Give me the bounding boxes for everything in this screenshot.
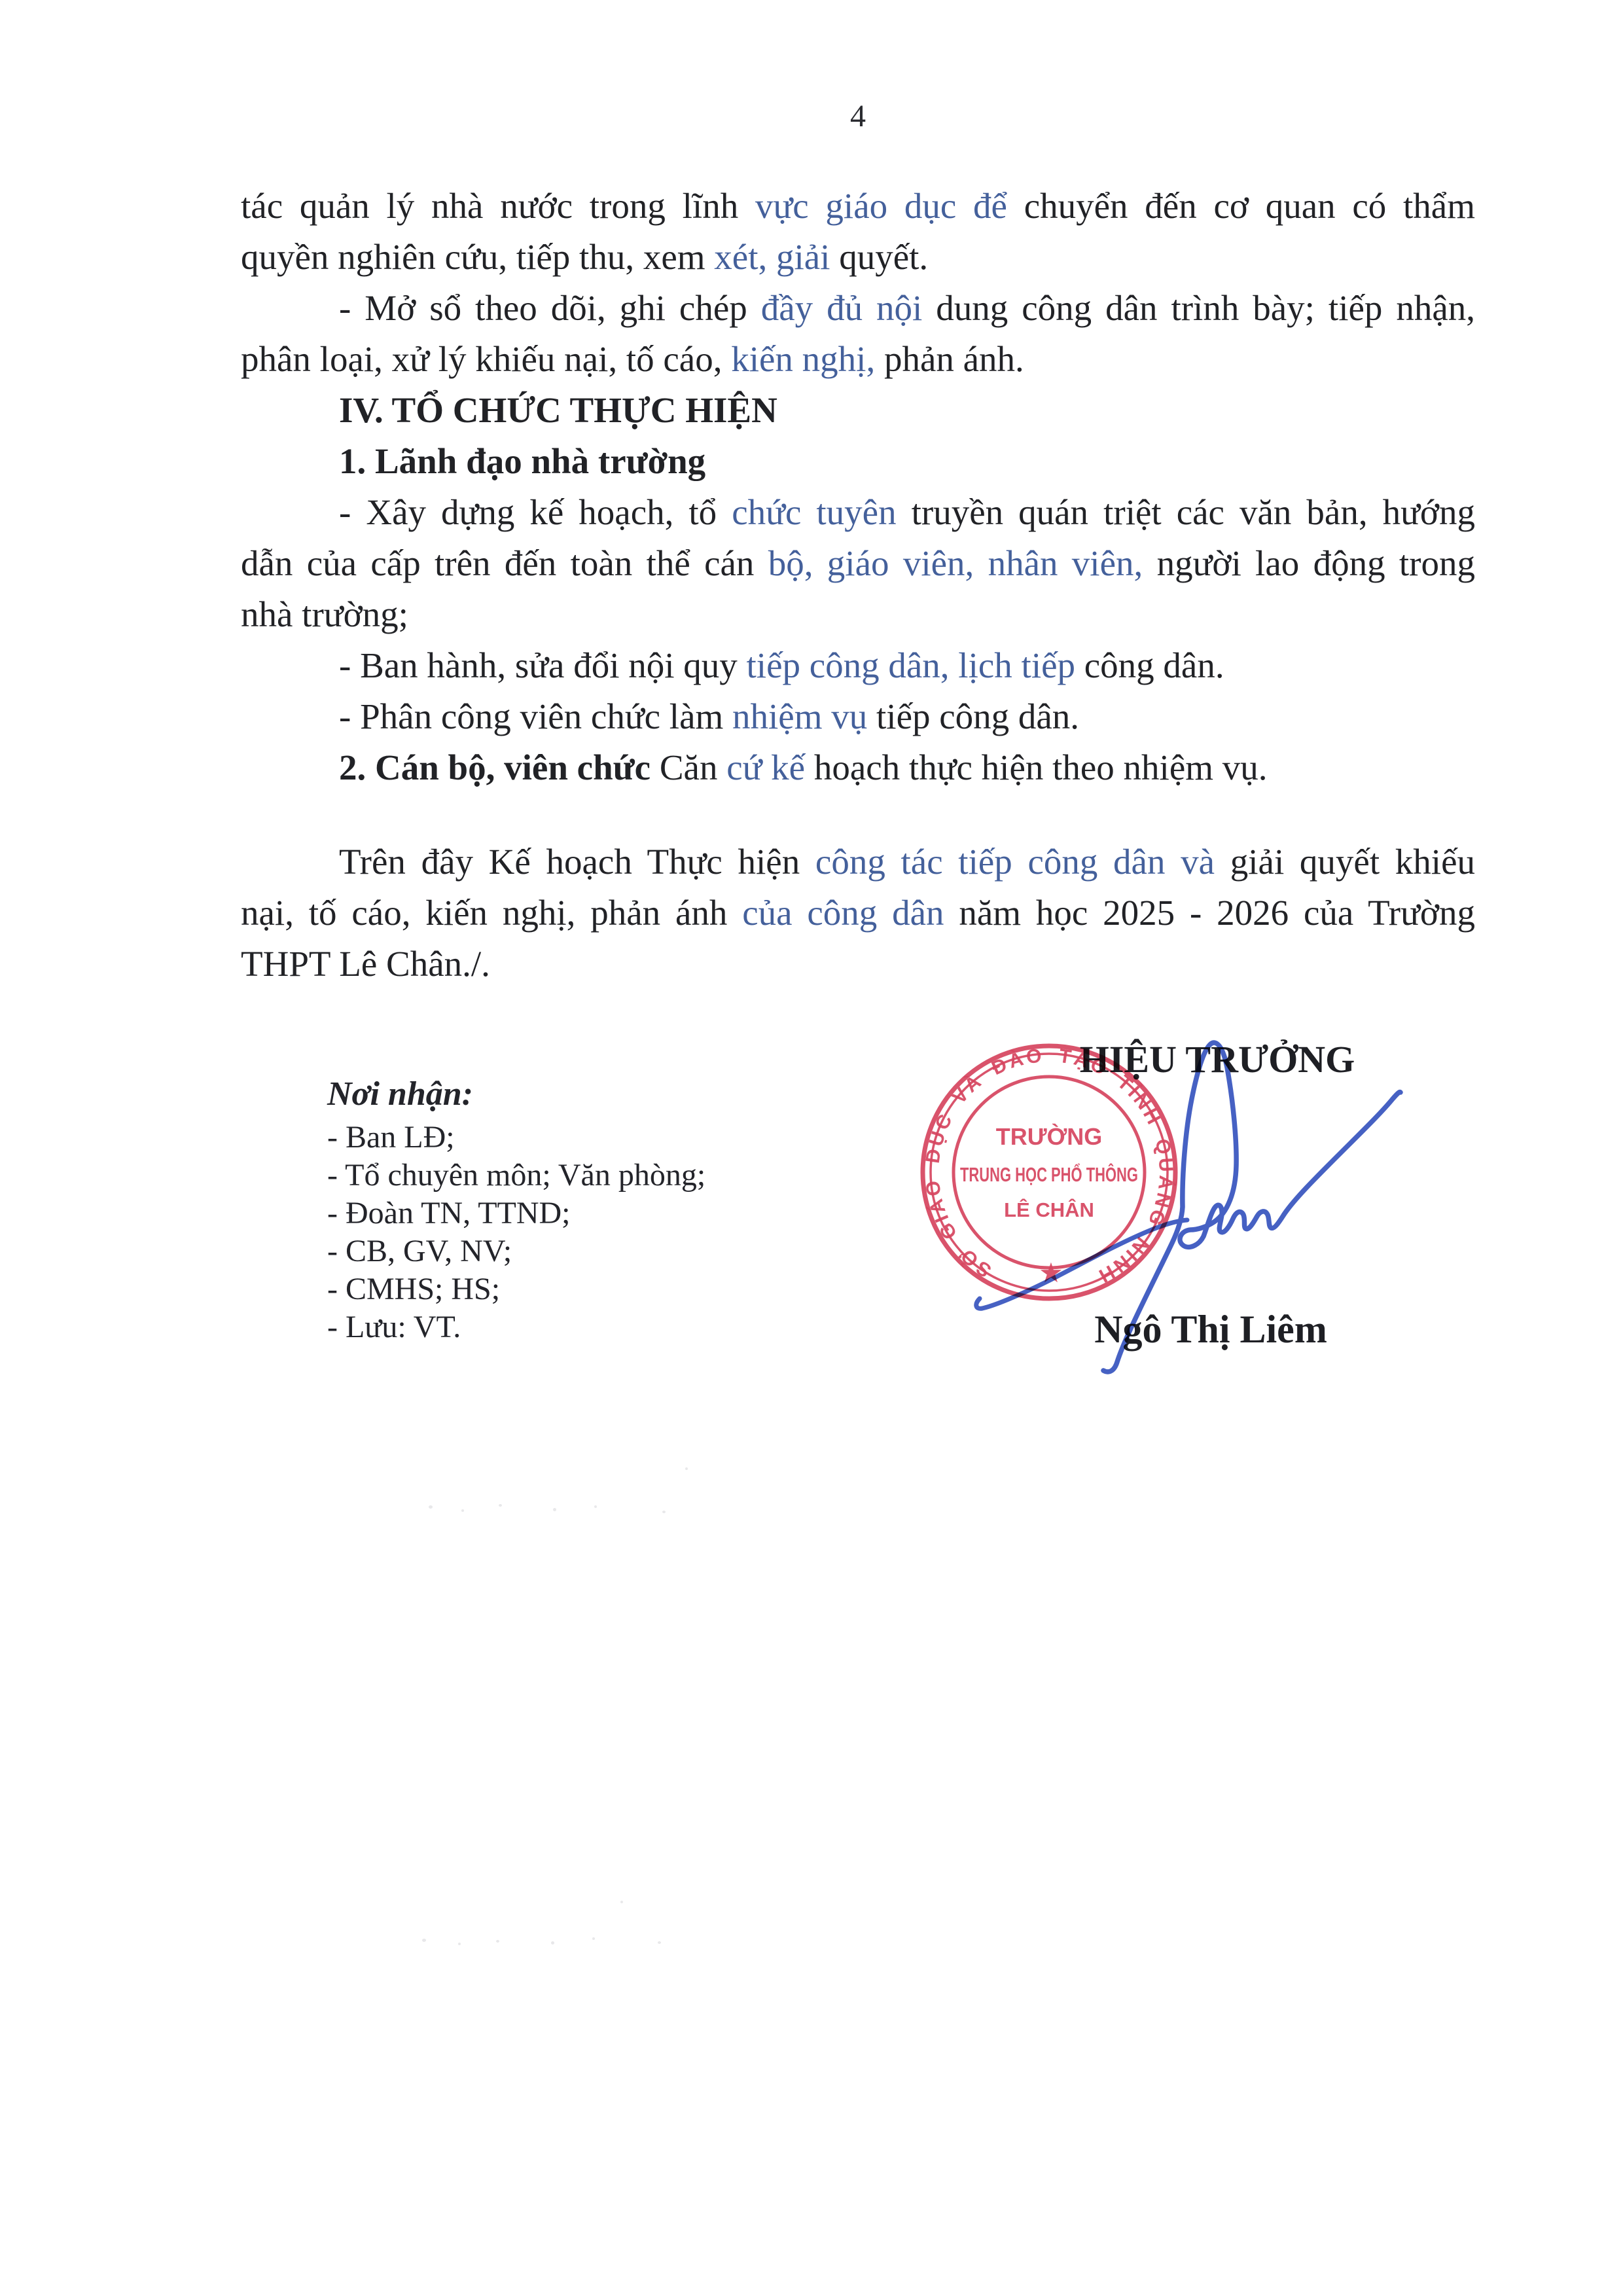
body-text: quyết. xyxy=(830,237,928,277)
body-text: chuyển đến cơ quan có thẩm xyxy=(1007,186,1475,226)
recipient-item: - CMHS; HS; xyxy=(327,1270,825,1308)
recipient-item: - Tổ chuyên môn; Văn phòng; xyxy=(327,1157,825,1194)
recipients-list: - Ban LĐ;- Tổ chuyên môn; Văn phòng;- Đo… xyxy=(327,1119,825,1346)
body-line: Trên đây Kế hoạch Thực hiện công tác tiế… xyxy=(241,836,1475,888)
signature-stroke-main xyxy=(1103,1043,1400,1372)
body-text: giải quyết khiếu xyxy=(1215,842,1475,882)
body-line: - Xây dựng kế hoạch, tổ chức tuyên truyề… xyxy=(241,487,1475,538)
body-text: xét, giải xyxy=(714,237,830,277)
body-text: bộ, giáo viên, nhân viên, xyxy=(768,543,1143,583)
body-text: THPT Lê Chân./. xyxy=(241,944,490,984)
body-line: IV. TỔ CHỨC THỰC HIỆN xyxy=(241,385,1475,436)
scan-artifact xyxy=(429,1505,433,1509)
scan-artifact xyxy=(592,1937,595,1940)
body-text-bold: 2. Cán bộ, viên chức xyxy=(339,747,651,787)
body-text: nại, tố cáo, kiến nghị, phản ánh xyxy=(241,893,742,933)
body-line: tác quản lý nhà nước trong lĩnh vực giáo… xyxy=(241,181,1475,232)
body-text: cứ kế xyxy=(726,747,805,787)
body-line: 1. Lãnh đạo nhà trường xyxy=(241,436,1475,487)
scan-artifact xyxy=(461,1509,464,1512)
body-line: 2. Cán bộ, viên chức Căn cứ kế hoạch thự… xyxy=(241,742,1475,793)
body-text: tác quản lý nhà nước trong lĩnh xyxy=(241,186,755,226)
document-body: tác quản lý nhà nước trong lĩnh vực giáo… xyxy=(241,181,1475,990)
scan-artifact xyxy=(685,1467,688,1470)
body-line: - Ban hành, sửa đổi nội quy tiếp công dâ… xyxy=(241,640,1475,691)
body-text: quyền nghiên cứu, tiếp thu, xem xyxy=(241,237,714,277)
body-line: quyền nghiên cứu, tiếp thu, xem xét, giả… xyxy=(241,232,1475,283)
body-text: Căn xyxy=(651,747,726,787)
scanned-document-page: 4 tác quản lý nhà nước trong lĩnh vực gi… xyxy=(0,0,1623,2296)
recipients-label: Nơi nhận: xyxy=(327,1075,825,1113)
page-number: 4 xyxy=(838,98,878,135)
body-text: chức tuyên xyxy=(732,492,896,532)
scan-artifact xyxy=(551,1941,554,1945)
recipient-item: - Ban LĐ; xyxy=(327,1119,825,1157)
body-text: đầy đủ nội xyxy=(761,288,923,328)
body-text-bold: 1. Lãnh đạo nhà trường xyxy=(339,441,705,481)
scan-artifact xyxy=(553,1508,556,1511)
scan-artifact xyxy=(662,1511,666,1513)
body-text: - Xây dựng kế hoạch, tổ xyxy=(339,492,732,532)
body-line: phân loại, xử lý khiếu nại, tố cáo, kiến… xyxy=(241,334,1475,385)
body-line: THPT Lê Chân./. xyxy=(241,939,1475,990)
recipient-item: - CB, GV, NV; xyxy=(327,1232,825,1270)
body-line: - Mở sổ theo dõi, ghi chép đầy đủ nội du… xyxy=(241,283,1475,334)
body-text: truyền quán triệt các văn bản, hướng xyxy=(897,492,1475,532)
body-text: công tác tiếp công dân và xyxy=(815,842,1215,882)
body-text: của công dân xyxy=(742,893,944,933)
body-line: nhà trường; xyxy=(241,589,1475,640)
body-text: công dân. xyxy=(1075,645,1224,685)
scan-artifact xyxy=(620,1901,623,1903)
scan-artifact xyxy=(499,1504,502,1507)
body-text: nhiệm vụ xyxy=(732,696,867,736)
handwritten-signature xyxy=(916,1021,1440,1388)
body-text: - Ban hành, sửa đổi nội quy xyxy=(339,645,747,685)
scan-artifact xyxy=(658,1941,661,1944)
body-text: vực giáo dục để xyxy=(755,186,1007,226)
body-text: hoạch thực hiện theo nhiệm vụ. xyxy=(805,747,1267,787)
body-text: phản ánh. xyxy=(875,339,1024,379)
recipient-item: - Lưu: VT. xyxy=(327,1308,825,1346)
body-text: tiếp công dân. xyxy=(867,696,1079,736)
body-text: tiếp công dân, lịch tiếp xyxy=(747,645,1076,685)
body-text: - Mở sổ theo dõi, ghi chép xyxy=(339,288,761,328)
body-line: nại, tố cáo, kiến nghị, phản ánh của côn… xyxy=(241,888,1475,939)
body-text: nhà trường; xyxy=(241,594,408,634)
body-text: phân loại, xử lý khiếu nại, tố cáo, xyxy=(241,339,731,379)
body-text: người lao động trong xyxy=(1143,543,1475,583)
body-text: Trên đây Kế hoạch Thực hiện xyxy=(339,842,815,882)
recipient-item: - Đoàn TN, TTND; xyxy=(327,1194,825,1232)
body-text: kiến nghị, xyxy=(731,339,875,379)
body-text: dung công dân trình bày; tiếp nhận, xyxy=(922,288,1475,328)
scan-artifact xyxy=(594,1505,597,1508)
scan-artifact xyxy=(496,1940,499,1943)
scan-artifact xyxy=(458,1943,461,1945)
paragraph-gap xyxy=(241,793,1475,836)
recipients-block: Nơi nhận: - Ban LĐ;- Tổ chuyên môn; Văn … xyxy=(327,1075,825,1346)
body-text: năm học 2025 - 2026 của Trường xyxy=(944,893,1475,933)
body-line: dẫn của cấp trên đến toàn thể cán bộ, gi… xyxy=(241,538,1475,589)
body-line: - Phân công viên chức làm nhiệm vụ tiếp … xyxy=(241,691,1475,742)
body-text: - Phân công viên chức làm xyxy=(339,696,732,736)
signature-stroke-underline xyxy=(976,1220,1187,1308)
scan-artifact xyxy=(422,1939,426,1942)
body-text-bold: IV. TỔ CHỨC THỰC HIỆN xyxy=(339,390,777,430)
body-text: dẫn của cấp trên đến toàn thể cán xyxy=(241,543,768,583)
